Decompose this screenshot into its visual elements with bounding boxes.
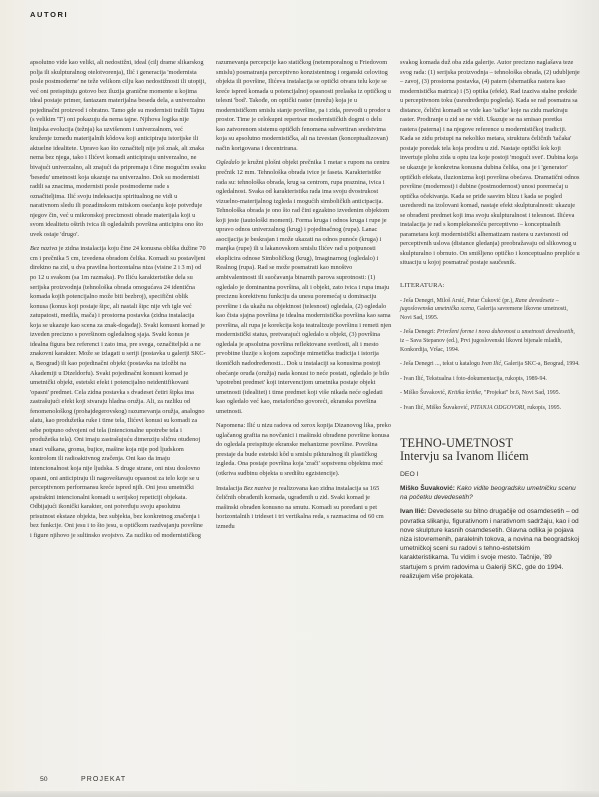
interview-answer: Ivan Ilić: Devedesete su bitno drugačije… [400, 507, 580, 581]
magazine-page: AUTORI apsolutno vide kao veliki, ali ne… [0, 0, 599, 797]
page-number: 50 [40, 776, 48, 783]
interview-title: TEHNO-UMETNOST Intervju sa Ivanom Ilićem [400, 437, 580, 464]
running-head: AUTORI [30, 10, 68, 19]
interview-title-line2: Intervju sa Ivanom Ilićem [400, 450, 580, 464]
interview-title-line1: TEHNO-UMETNOST [400, 437, 580, 451]
paragraph: Ogledalo je kružni plošni objekt prečnik… [216, 158, 392, 416]
literature-item: - Ivan Ilić, Tekstualna i foto-dokumenta… [400, 375, 580, 384]
paragraph: apsolutno vide kao veliki, ali nedostižn… [30, 58, 206, 239]
note-paragraph: Napomena: Ilić u nizu radova od xerox ko… [216, 421, 392, 478]
literature-item: - Ješa Denegri: Privrženi forme i nova d… [400, 328, 580, 354]
paragraph: Bez naziva je zidna instalacija koju čin… [30, 244, 206, 540]
work-title: Bez naziva [244, 485, 271, 492]
paragraph: Instalacija Bez naziva je realizovana ka… [216, 484, 392, 532]
literature-item: - Ješa Denegri ..., tekst u katalogu Iva… [400, 360, 580, 369]
interview-question: Miško Šuvaković: Kako vidite beogradsku … [400, 484, 580, 502]
page-edge [0, 791, 599, 797]
literature-item: - Ješa Denegri, Miloš Arsić, Petar Ćukov… [400, 297, 580, 323]
literature-heading: LITERATURA: [400, 281, 580, 291]
work-title: Bez naziva [30, 245, 57, 252]
right-column: svakog komada duž oba zida galerije. Aut… [400, 58, 580, 586]
paragraph: svakog komada duž oba zida galerije. Aut… [400, 58, 580, 268]
literature-item: - Miško Šuvaković, Kritika kritike, "Pro… [400, 389, 580, 398]
paragraph: razumevanja percepcije kao statičkog (ne… [216, 58, 392, 153]
left-column: apsolutno vide kao veliki, ali nedostižn… [30, 58, 206, 545]
interview-part-label: DEO I [400, 470, 580, 480]
middle-column: razumevanja percepcije kao statičkog (ne… [216, 58, 392, 536]
work-title: Ogledalo [216, 159, 240, 166]
literature-item: - Ivan Ilić, Miško Šuvaković, PITANJA OD… [400, 404, 580, 413]
magazine-name: PROJEKAT [81, 776, 126, 783]
